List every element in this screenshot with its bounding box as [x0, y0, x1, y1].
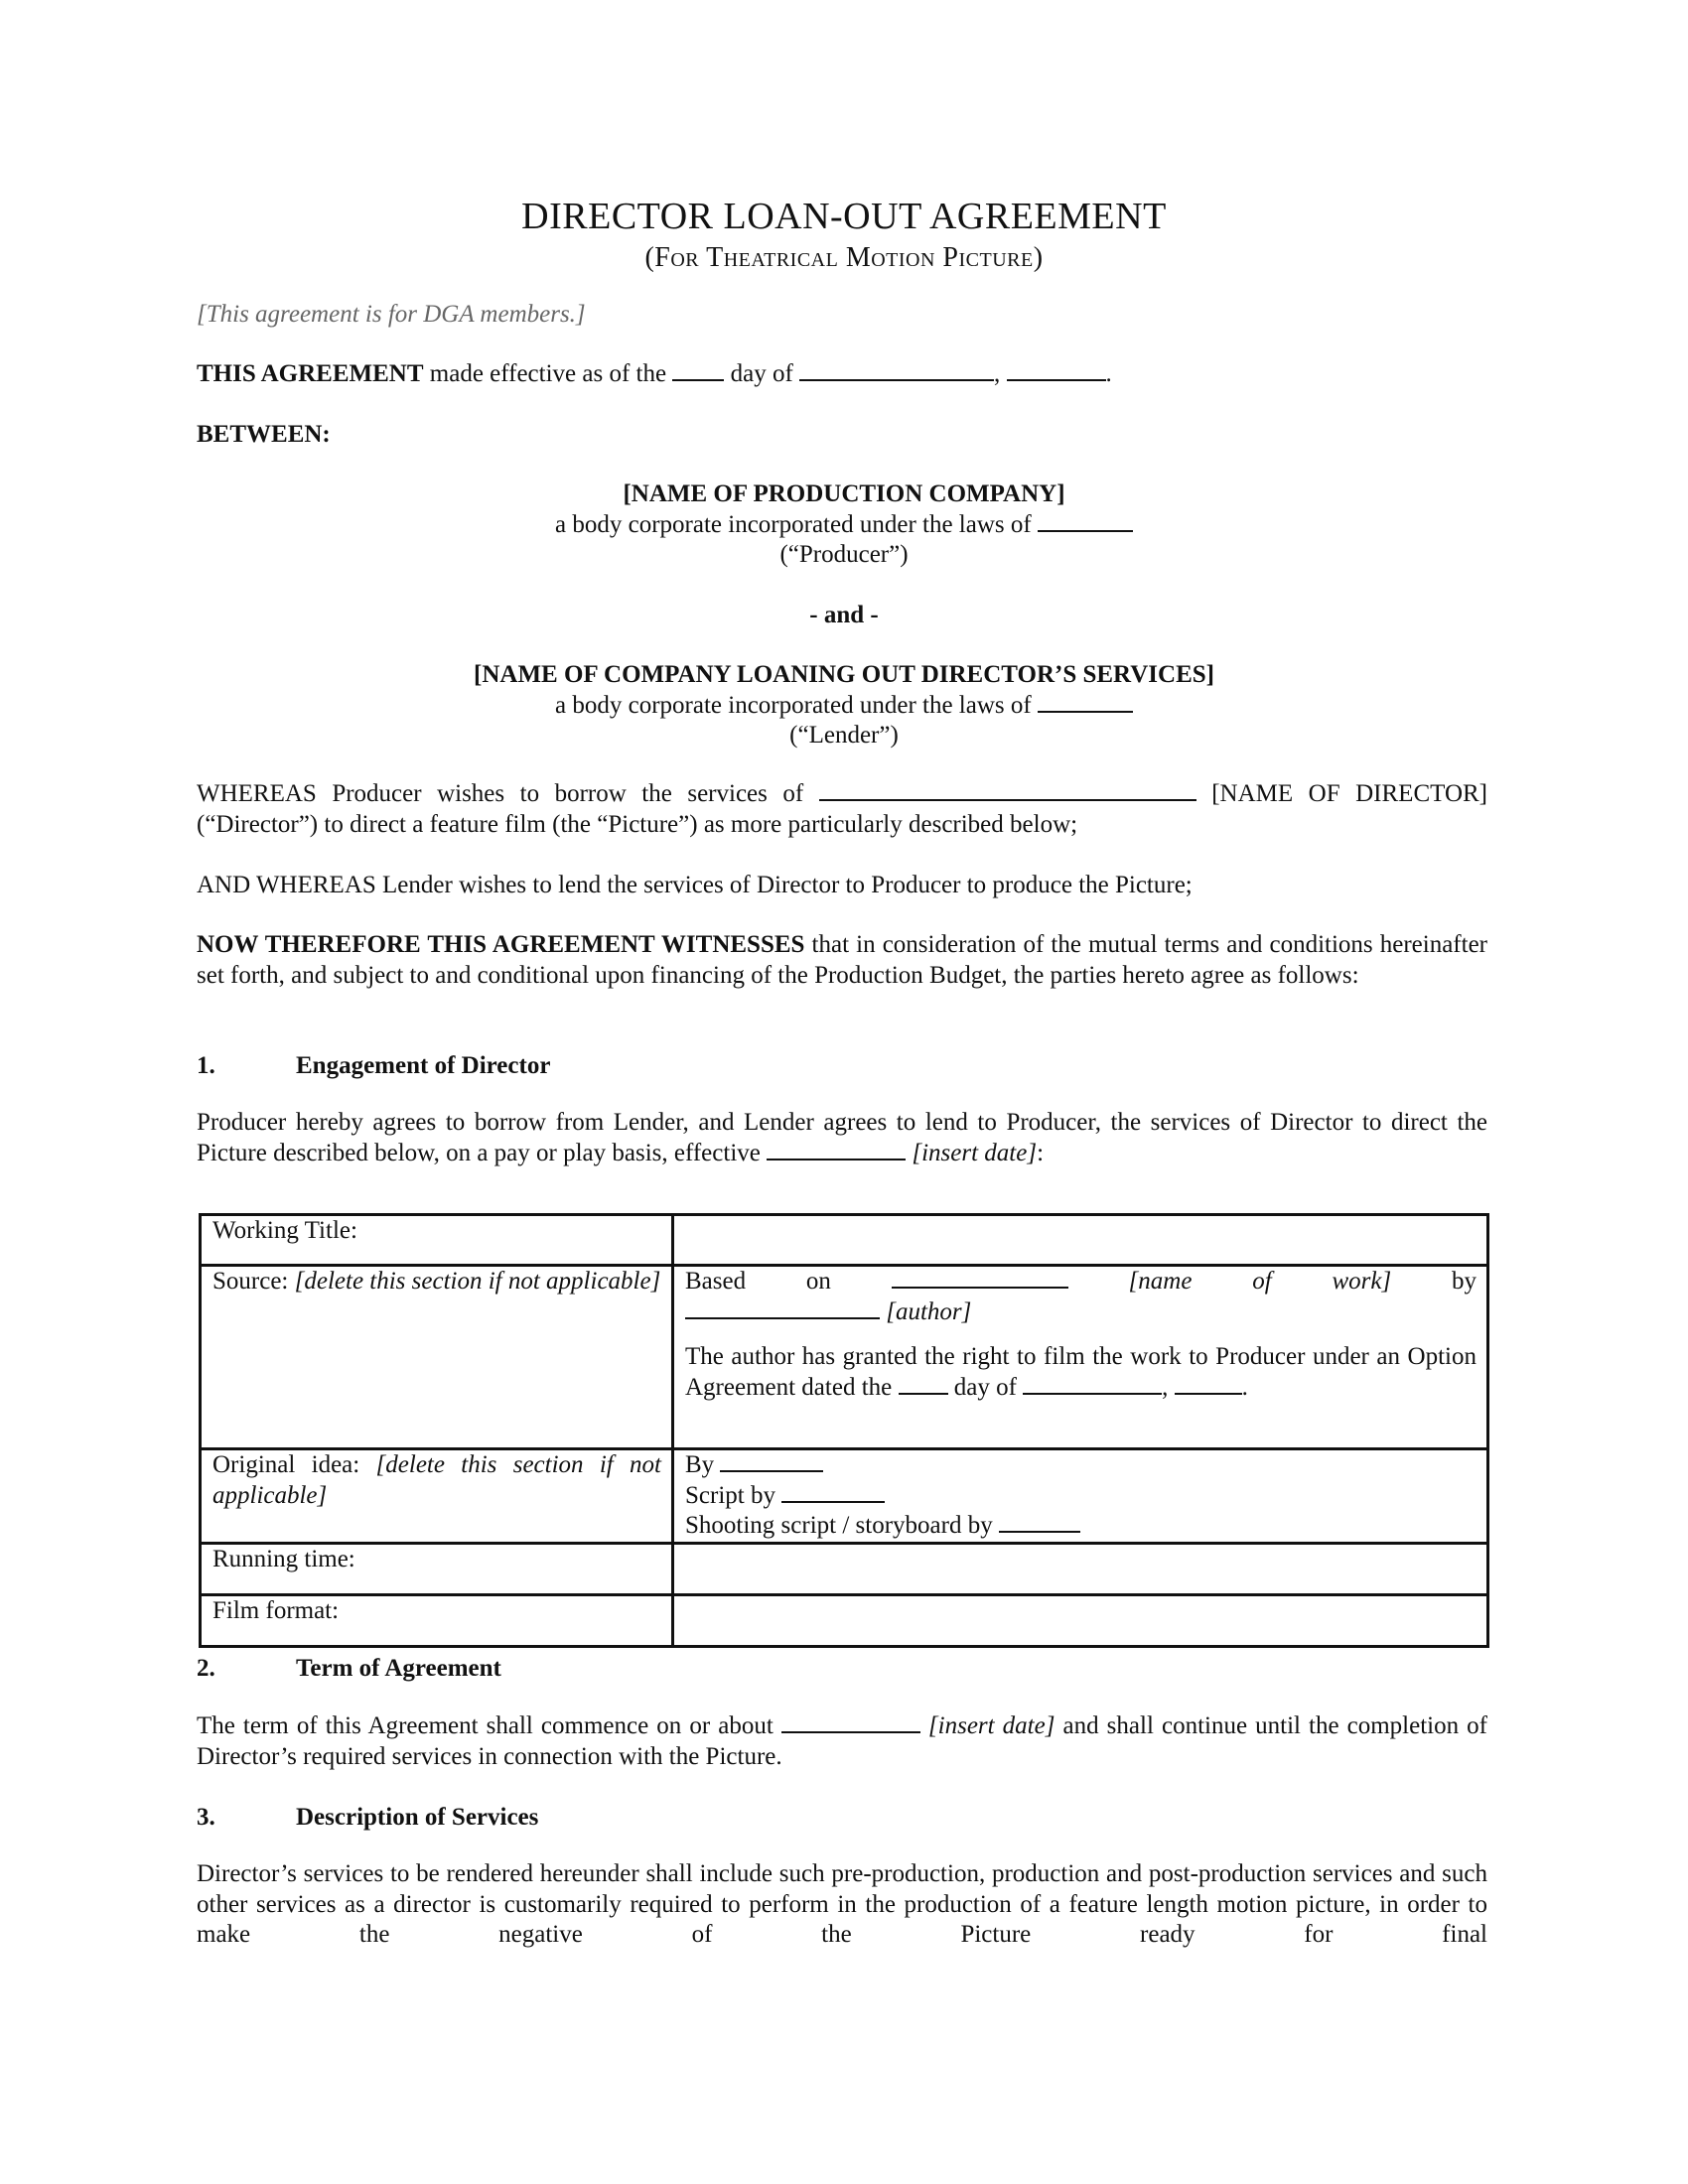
source-label: Source: [delete this section if not appl…: [201, 1266, 673, 1449]
author-blank[interactable]: [685, 1297, 880, 1319]
section-3-text: Director’s services to be rendered hereu…: [197, 1859, 1487, 1951]
option-month-blank[interactable]: [1023, 1373, 1162, 1395]
party1-desc: a body corporate incorporated under the …: [0, 510, 1688, 541]
script-by-blank[interactable]: [781, 1481, 885, 1503]
work-name-blank[interactable]: [892, 1267, 1068, 1289]
option-year-blank[interactable]: [1175, 1373, 1242, 1395]
party2-block: [NAME OF COMPANY LOANING OUT DIRECTOR’S …: [0, 660, 1688, 751]
running-time-label: Running time:: [201, 1543, 673, 1594]
document-title: DIRECTOR LOAN-OUT AGREEMENT: [0, 195, 1688, 238]
table-row-working-title: Working Title:: [201, 1215, 1488, 1266]
option-day-blank[interactable]: [899, 1373, 948, 1395]
party2-defined: (“Lender”): [0, 721, 1688, 751]
film-format-label: Film format:: [201, 1594, 673, 1646]
picture-details-table: Working Title: Source: [delete this sect…: [199, 1213, 1489, 1648]
original-idea-label: Original idea: [delete this section if n…: [201, 1449, 673, 1544]
party2-name: [NAME OF COMPANY LOANING OUT DIRECTOR’S …: [0, 660, 1688, 691]
party1-jurisdiction-blank[interactable]: [1038, 510, 1133, 532]
party2-jurisdiction-blank[interactable]: [1038, 691, 1133, 713]
recital-2: AND WHEREAS Lender wishes to lend the se…: [197, 871, 1487, 901]
preamble: THIS AGREEMENT made effective as of the …: [197, 359, 1487, 390]
commencement-date-blank[interactable]: [781, 1711, 920, 1733]
party2-desc: a body corporate incorporated under the …: [0, 691, 1688, 722]
witness-clause: NOW THEREFORE THIS AGREEMENT WITNESSES t…: [197, 930, 1487, 991]
film-format-value[interactable]: [673, 1594, 1488, 1646]
section-2-text: The term of this Agreement shall commenc…: [197, 1711, 1487, 1772]
section-3-heading: 3.Description of Services: [197, 1803, 1487, 1834]
between-label: BETWEEN:: [197, 420, 1487, 451]
party1-defined: (“Producer”): [0, 540, 1688, 571]
party1-block: [NAME OF PRODUCTION COMPANY] a body corp…: [0, 479, 1688, 571]
dga-note: [This agreement is for DGA members.]: [197, 300, 1487, 331]
idea-by-blank[interactable]: [720, 1450, 823, 1472]
storyboard-by-blank[interactable]: [999, 1511, 1080, 1533]
director-name-blank[interactable]: [819, 779, 1196, 801]
source-value: Based on [name of work] by [author] The …: [673, 1266, 1488, 1449]
section-2-heading: 2.Term of Agreement: [197, 1654, 1487, 1685]
table-row-film-format: Film format:: [201, 1594, 1488, 1646]
year-blank[interactable]: [1007, 359, 1106, 381]
section-1-heading: 1.Engagement of Director: [197, 1051, 1487, 1082]
option-agreement-text: The author has granted the right to film…: [685, 1342, 1477, 1403]
and-separator: - and -: [0, 601, 1688, 631]
preamble-lead: THIS AGREEMENT: [197, 360, 424, 387]
month-blank[interactable]: [799, 359, 994, 381]
document-subtitle: (For Theatrical Motion Picture): [0, 242, 1688, 274]
section-1-text: Producer hereby agrees to borrow from Le…: [197, 1108, 1487, 1168]
party1-name: [NAME OF PRODUCTION COMPANY]: [0, 479, 1688, 510]
document-page: DIRECTOR LOAN-OUT AGREEMENT (For Theatri…: [0, 0, 1688, 2184]
effective-date-blank[interactable]: [767, 1139, 906, 1160]
table-row-source: Source: [delete this section if not appl…: [201, 1266, 1488, 1449]
running-time-value[interactable]: [673, 1543, 1488, 1594]
table-row-original-idea: Original idea: [delete this section if n…: [201, 1449, 1488, 1544]
working-title-label: Working Title:: [201, 1215, 673, 1266]
table-row-running-time: Running time:: [201, 1543, 1488, 1594]
original-idea-value: By Script by Shooting script / storyboar…: [673, 1449, 1488, 1544]
recital-1: WHEREAS Producer wishes to borrow the se…: [197, 779, 1487, 840]
day-blank[interactable]: [672, 359, 724, 381]
working-title-value[interactable]: [673, 1215, 1488, 1266]
